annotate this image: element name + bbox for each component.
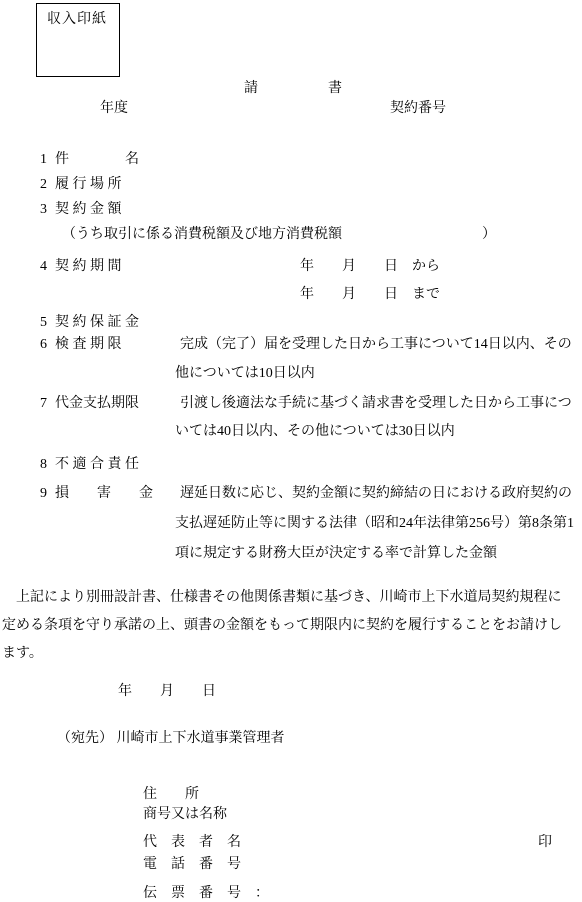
addressee-name: 川崎市上下水道事業管理者: [117, 731, 285, 746]
fiscal-year-label: 年度: [100, 99, 128, 119]
item-1-number: 1: [40, 150, 55, 170]
revenue-stamp-box: 収入印紙: [36, 3, 120, 77]
item-5-number: 5: [40, 313, 55, 333]
closing-paragraph-line-1: 上記により別冊設計書、仕様書その他関係書類に基づき、川崎市上下水道局契約規程に: [2, 588, 561, 608]
item-6-label: 検 査 期 限: [55, 337, 122, 352]
item-9-desc-line-1: 遅延日数に応じ、契約金額に契約締結の日における政府契約の: [180, 484, 572, 504]
seal-mark: 印: [538, 833, 552, 853]
item-4-period-from: 年 月 日 から: [300, 257, 440, 277]
trade-name-field-label: 商号又は名称: [143, 805, 227, 825]
uke-sho-document-page: 収入印紙 請 書 年度 契約番号 1件 名 2履 行 場 所 3契 約 金 額 …: [0, 0, 582, 902]
item-9-row: 9損 害 金: [40, 484, 153, 504]
item-5-row: 5契 約 保 証 金: [40, 313, 139, 333]
item-8-number: 8: [40, 455, 55, 475]
item-6-number: 6: [40, 335, 55, 355]
item-6-row: 6検 査 期 限: [40, 335, 122, 355]
document-title: 請 書: [244, 79, 342, 99]
item-7-label: 代金支払期限: [55, 396, 139, 411]
item-5-label: 契 約 保 証 金: [55, 315, 139, 330]
item-7-desc-line-1: 引渡し後適法な手続に基づく請求書を受理した日から工事につ: [180, 394, 572, 414]
item-7-desc-line-2: いては40日以内、その他については30日以内: [175, 422, 455, 442]
item-9-number: 9: [40, 484, 55, 504]
item-4-label: 契 約 期 間: [55, 259, 122, 274]
item-9-desc-line-3: 項に規定する財務大臣が決定する率で計算した金額: [175, 544, 497, 564]
addressee-prefix: （宛先）: [57, 731, 113, 746]
item-3-row: 3契 約 金 額: [40, 200, 122, 220]
representative-field-label: 代 表 者 名: [143, 833, 241, 853]
address-field-label: 住 所: [143, 785, 199, 805]
item-3-number: 3: [40, 200, 55, 220]
item-7-row: 7代金支払期限: [40, 394, 139, 414]
closing-paragraph-line-2: 定める条項を守り承諾の上、頭書の金額をもって期限内に契約を履行することをお請けし: [2, 616, 562, 636]
signing-date-line: 年 月 日: [118, 682, 216, 702]
item-1-row: 1件 名: [40, 150, 139, 170]
item-2-label: 履 行 場 所: [55, 177, 122, 192]
item-9-label: 損 害 金: [55, 486, 153, 501]
item-6-desc-line-1: 完成（完了）届を受理した日から工事について14日以内、その: [180, 335, 572, 355]
item-4-row: 4契 約 期 間: [40, 257, 122, 277]
item-4-number: 4: [40, 257, 55, 277]
item-6-desc-line-2: 他については10日以内: [175, 364, 315, 384]
closing-paragraph-line-3: ます。: [2, 644, 43, 664]
item-4-period-to: 年 月 日 まで: [300, 285, 440, 305]
item-2-row: 2履 行 場 所: [40, 175, 122, 195]
contract-number-label: 契約番号: [390, 99, 446, 119]
slip-number-field-label: 伝 票 番 号 ：: [143, 884, 269, 902]
item-8-label: 不 適 合 責 任: [55, 457, 139, 472]
revenue-stamp-label: 収入印紙: [47, 8, 107, 28]
item-3-tax-note: （うち取引に係る消費税額及び地方消費税額 ）: [62, 225, 496, 245]
item-1-label: 件 名: [55, 152, 139, 167]
item-9-desc-line-2: 支払遅延防止等に関する法律（昭和24年法律第256号）第8条第1: [175, 514, 574, 534]
item-8-row: 8不 適 合 責 任: [40, 455, 139, 475]
item-7-number: 7: [40, 394, 55, 414]
item-3-label: 契 約 金 額: [55, 202, 122, 217]
item-2-number: 2: [40, 175, 55, 195]
phone-field-label: 電 話 番 号: [143, 855, 241, 875]
addressee-row: （宛先） 川崎市上下水道事業管理者: [57, 729, 285, 749]
